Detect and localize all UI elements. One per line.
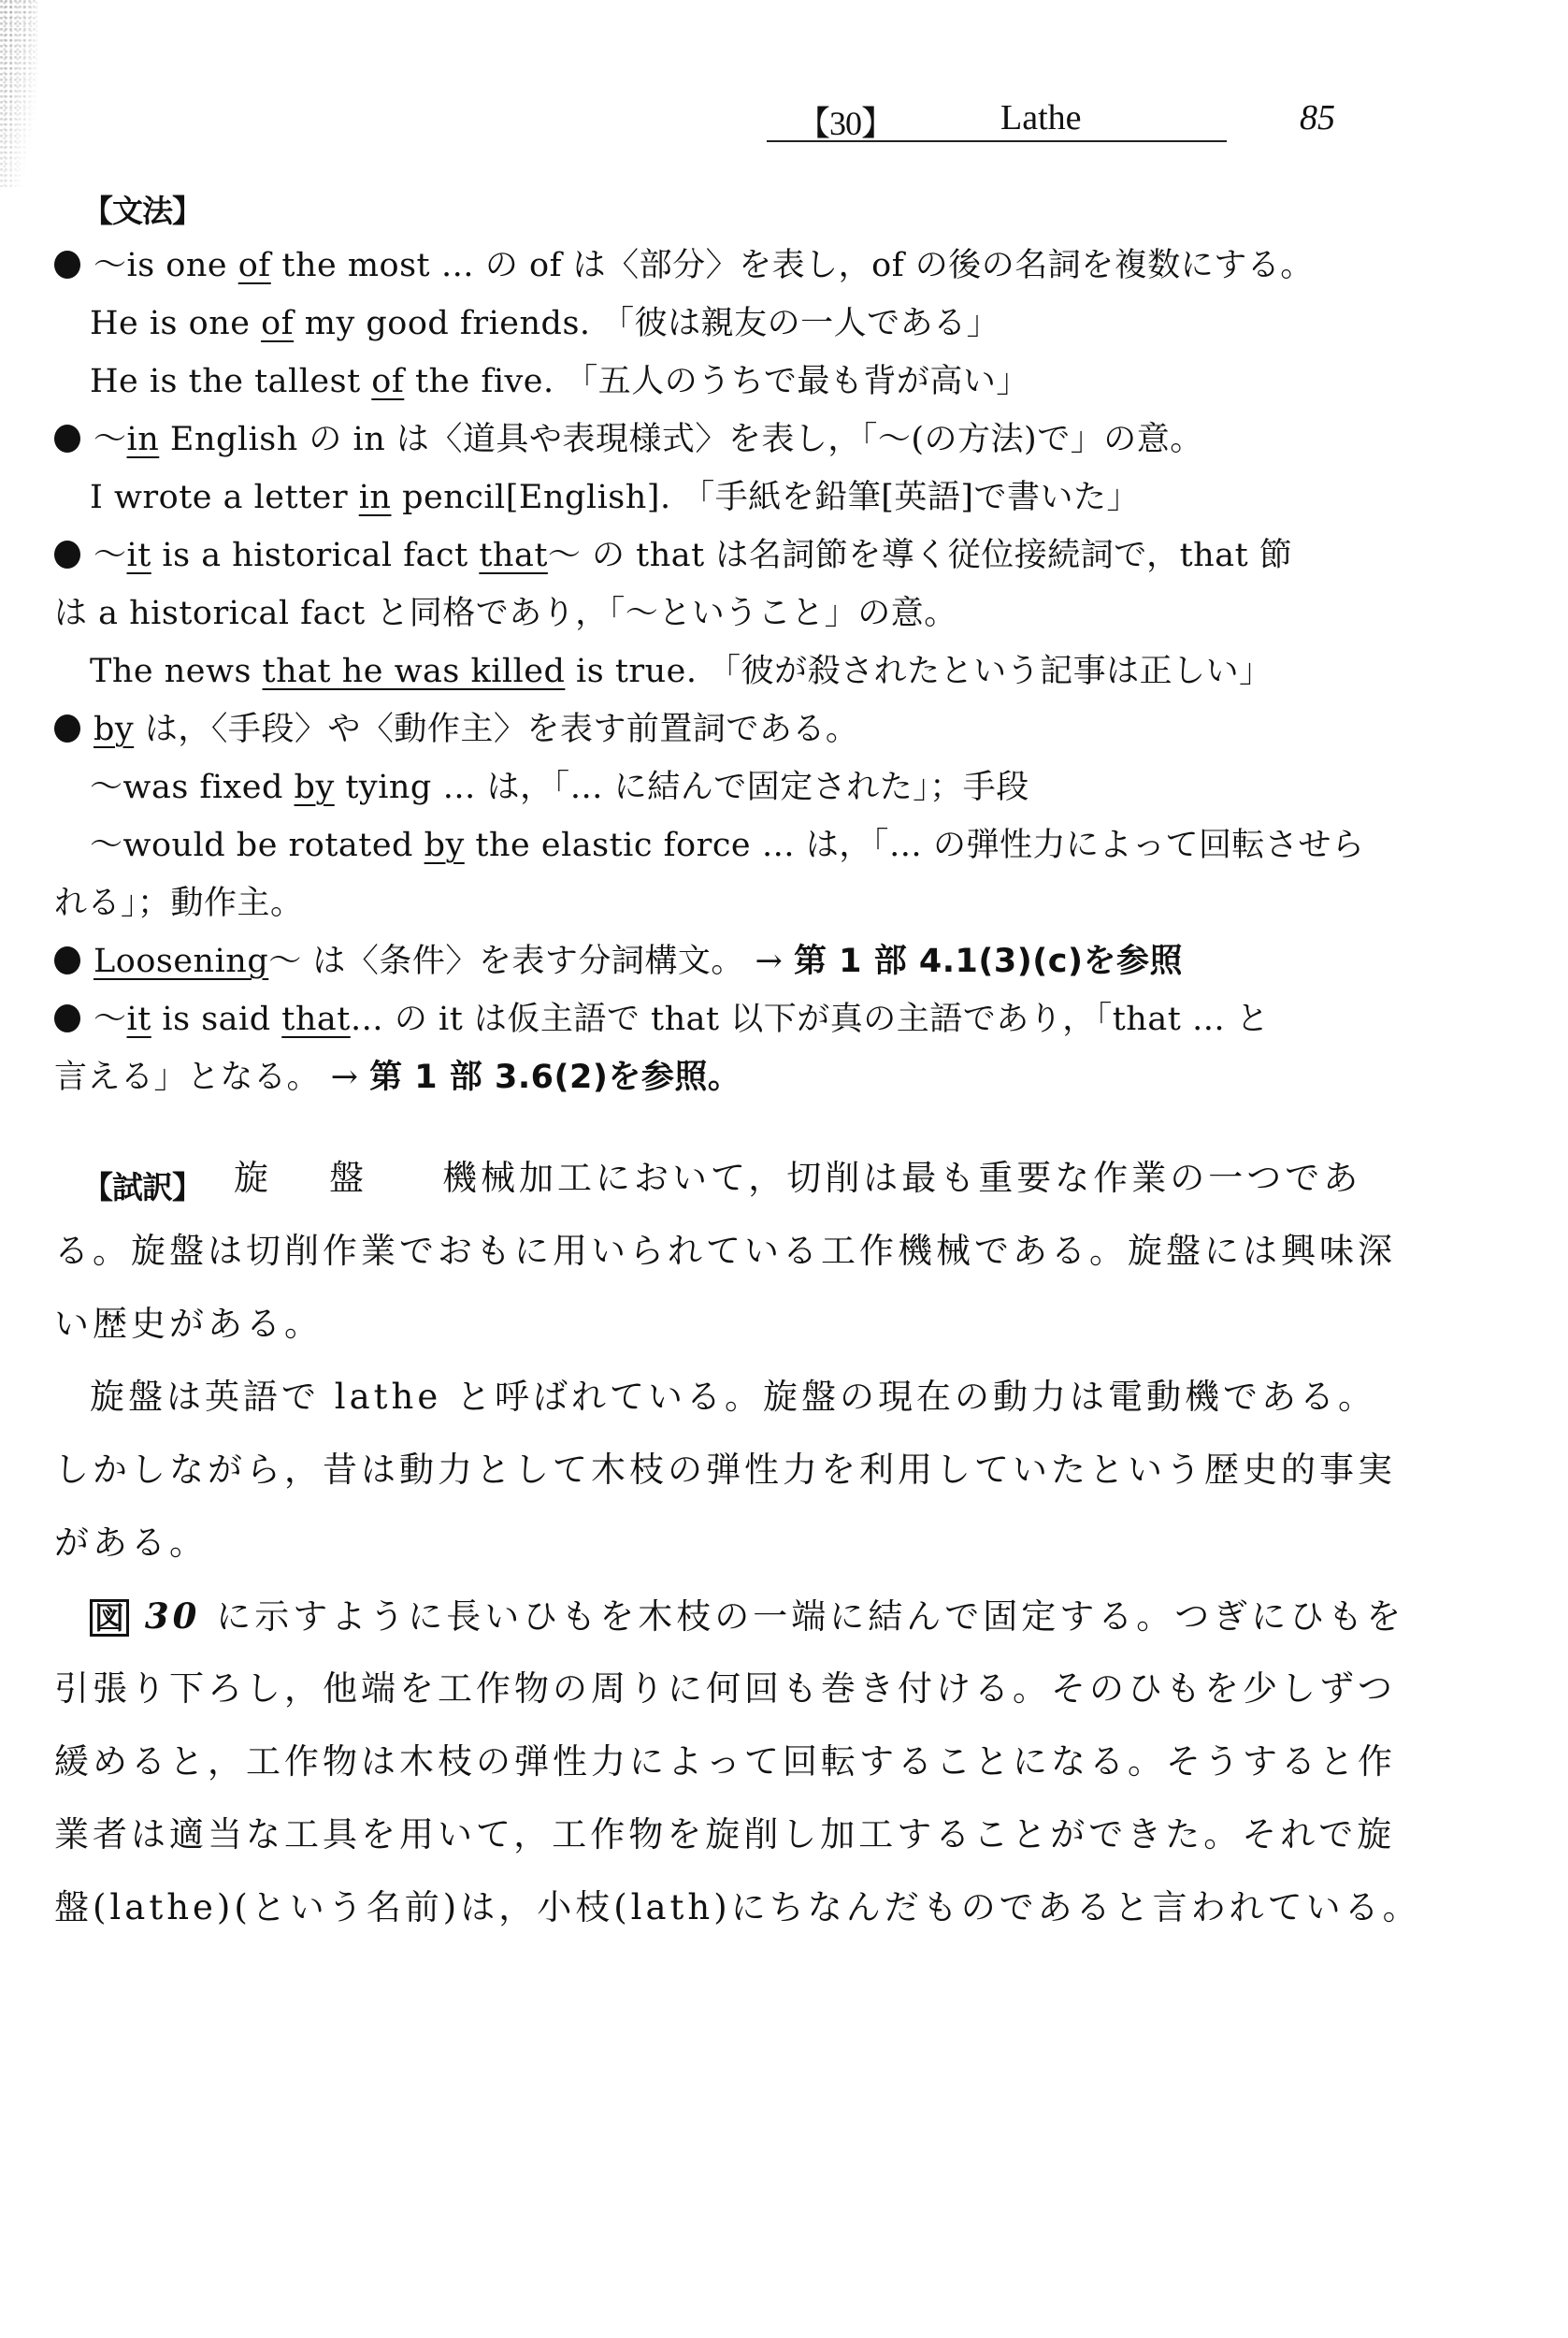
grammar-example: ～was fixed by tying … は，「… に結んで固定された」；手段 <box>90 767 1029 808</box>
underlined-term: by <box>295 769 335 806</box>
text-segment: … の it は仮主語で that 以下が真の主語であり，「that … と <box>351 1001 1270 1038</box>
text-segment: is said <box>151 1001 281 1038</box>
translation-text: しかしながら，昔は動力として木枝の弾性力を利用していたという歴史的事実 <box>54 1450 1396 1490</box>
text-segment: 言える」となる。 → <box>54 1059 369 1096</box>
translation-line: 図 30 に示すように長いひもを木枝の一端に結んで固定する。つぎにひもを <box>90 1594 1404 1639</box>
translation-line: 引張り下ろし，他端を工作物の周りに何回も巻き付ける。そのひもを少しずつ <box>54 1667 1396 1711</box>
translation-text: 旋盤は英語で lathe と呼ばれている。旋盤の現在の動力は電動機である。 <box>90 1377 1376 1417</box>
translation-text: る。旋盤は切削作業でおもに用いられている工作機械である。旋盤には興味深 <box>54 1231 1396 1271</box>
text-segment: the five. 「五人のうちで最も背が高い」 <box>404 363 1029 400</box>
grammar-continuation: れる」；動作主。 <box>54 883 304 924</box>
underlined-term: of <box>261 305 294 342</box>
underlined-term: it <box>127 1001 151 1038</box>
text-segment: ～was fixed <box>90 769 295 806</box>
scan-edge-noise <box>0 0 37 187</box>
text-segment: pencil[English]. 「手紙を鉛筆[英語]で書いた」 <box>391 479 1140 516</box>
text-segment: は a historical fact と同格であり，「～ということ」の意。 <box>54 595 957 632</box>
underlined-term: that he was killed <box>263 653 566 690</box>
text-segment: は，〈手段〉や〈動作主〉を表す前置詞である。 <box>134 711 858 748</box>
grammar-heading: 【文法】 <box>82 187 202 231</box>
grammar-point: Loosening～ は〈条件〉を表す分詞構文。 → 第 1 部 4.1(3)(… <box>54 941 1183 982</box>
translation-text: に示すように長いひもを木枝の一端に結んで固定する。つぎにひもを <box>216 1596 1404 1637</box>
text-segment: English の in は〈道具や表現様式〉を表し，「～(の方法)で」の意。 <box>159 421 1202 458</box>
text-segment: ～ は〈条件〉を表す分詞構文。 → <box>268 943 794 980</box>
underlined-term: of <box>371 363 404 400</box>
grammar-continuation: は a historical fact と同格であり，「～ということ」の意。 <box>54 593 957 634</box>
underlined-term: that <box>281 1001 351 1038</box>
bullet-icon <box>54 946 80 974</box>
translation-text: 機械加工において，切削は最も重要な作業の一つであ <box>442 1158 1361 1198</box>
grammar-example: I wrote a letter in pencil[English]. 「手紙… <box>90 477 1140 518</box>
grammar-point: ～it is said that… の it は仮主語で that 以下が真の主… <box>54 999 1270 1040</box>
translation-line: がある。 <box>54 1521 208 1566</box>
text-segment: ～would be rotated <box>90 827 424 864</box>
figure-number: 30 <box>129 1595 216 1637</box>
grammar-point: ～in English の in は〈道具や表現様式〉を表し，「～(の方法)で」… <box>54 419 1203 460</box>
text-segment: ～ <box>94 1001 127 1038</box>
grammar-point: by は，〈手段〉や〈動作主〉を表す前置詞である。 <box>54 709 858 750</box>
text-segment: the elastic force … は，「… の弾性力によって回転させら <box>465 827 1365 864</box>
translation-line: る。旋盤は切削作業でおもに用いられている工作機械である。旋盤には興味深 <box>54 1229 1396 1274</box>
bullet-icon <box>54 251 80 279</box>
underlined-term: it <box>127 537 151 574</box>
translation-text: 引張り下ろし，他端を工作物の周りに何回も巻き付ける。そのひもを少しずつ <box>54 1668 1396 1709</box>
cross-reference: 第 1 部 4.1(3)(c)を参照 <box>794 943 1183 980</box>
translation-text: 業者は適当な工具を用いて，工作物を旋削し加工することができた。それで旋 <box>54 1814 1395 1855</box>
underlined-term: Loosening <box>94 943 268 980</box>
translation-title: 旋 盤 <box>234 1158 377 1198</box>
grammar-example: ～would be rotated by the elastic force …… <box>90 825 1365 866</box>
underlined-term: of <box>238 247 271 284</box>
text-segment: れる」；動作主。 <box>54 885 304 922</box>
bullet-icon <box>54 714 80 743</box>
grammar-continuation: 言える」となる。 → 第 1 部 3.6(2)を参照。 <box>54 1057 741 1098</box>
bullet-icon <box>54 425 80 453</box>
text-segment: ～ <box>94 537 127 574</box>
underlined-term: in <box>359 479 392 516</box>
header-rule <box>767 140 1227 142</box>
text-segment: ～is one <box>94 247 238 284</box>
underlined-term: in <box>127 421 160 458</box>
translation-heading: 【試訳】 <box>82 1163 202 1207</box>
text-segment: He is one <box>90 305 261 342</box>
grammar-point: ～is one of the most … の of は〈部分〉を表し，of の… <box>54 245 1314 286</box>
text-segment: is a historical fact <box>151 537 480 574</box>
underlined-term: by <box>424 827 465 864</box>
underlined-term: by <box>94 711 134 748</box>
cross-reference: 第 1 部 3.6(2)を参照。 <box>369 1059 741 1096</box>
text-segment: my good friends. 「彼は親友の一人である」 <box>294 305 1000 342</box>
grammar-point: ～it is a historical fact that～ の that は名… <box>54 535 1292 576</box>
translation-line: しかしながら，昔は動力として木枝の弾性力を利用していたという歴史的事実 <box>54 1448 1396 1493</box>
grammar-example: He is the tallest of the five. 「五人のうちで最も… <box>90 361 1029 402</box>
text-segment: is true. 「彼が殺されたという記事は正しい」 <box>565 653 1272 690</box>
text-segment: He is the tallest <box>90 363 371 400</box>
text-segment: I wrote a letter <box>90 479 359 516</box>
translation-text: 盤(lathe)(という名前)は，小枝(lath)にちなんだものであると言われて… <box>54 1887 1421 1927</box>
underlined-term: that <box>479 537 548 574</box>
bullet-icon <box>54 1004 80 1032</box>
translation-line: 旋 盤機械加工において，切削は最も重要な作業の一つであ <box>234 1156 1361 1201</box>
grammar-example: He is one of my good friends. 「彼は親友の一人であ… <box>90 303 1000 344</box>
bullet-icon <box>54 541 80 569</box>
translation-line: 旋盤は英語で lathe と呼ばれている。旋盤の現在の動力は電動機である。 <box>90 1375 1376 1420</box>
translation-line: 盤(lathe)(という名前)は，小枝(lath)にちなんだものであると言われて… <box>54 1885 1421 1930</box>
text-segment: the most … の of は〈部分〉を表し，of の後の名詞を複数にする。 <box>271 247 1314 284</box>
translation-line: 緩めると，工作物は木枝の弾性力によって回転することになる。そうすると作 <box>54 1739 1396 1784</box>
translation-text: い歴史がある。 <box>54 1304 323 1344</box>
chapter-title: Lathe <box>1000 97 1082 138</box>
translation-text: 緩めると，工作物は木枝の弾性力によって回転することになる。そうすると作 <box>54 1741 1396 1782</box>
running-header: 【30】 Lathe 85 <box>767 94 1346 142</box>
text-segment: ～ <box>94 421 127 458</box>
figure-label: 図 <box>90 1599 129 1637</box>
page-number: 85 <box>1300 97 1335 138</box>
chapter-label: 【30】 <box>797 97 894 145</box>
text-segment: ～ の that は名詞節を導く従位接続詞で，that 節 <box>548 537 1292 574</box>
text-segment: The news <box>90 653 263 690</box>
translation-line: 業者は適当な工具を用いて，工作物を旋削し加工することができた。それで旋 <box>54 1812 1395 1857</box>
text-segment: tying … は，「… に結んで固定された」；手段 <box>335 769 1029 806</box>
grammar-example: The news that he was killed is true. 「彼が… <box>90 651 1273 692</box>
translation-text: がある。 <box>54 1523 208 1563</box>
translation-line: い歴史がある。 <box>54 1302 323 1347</box>
